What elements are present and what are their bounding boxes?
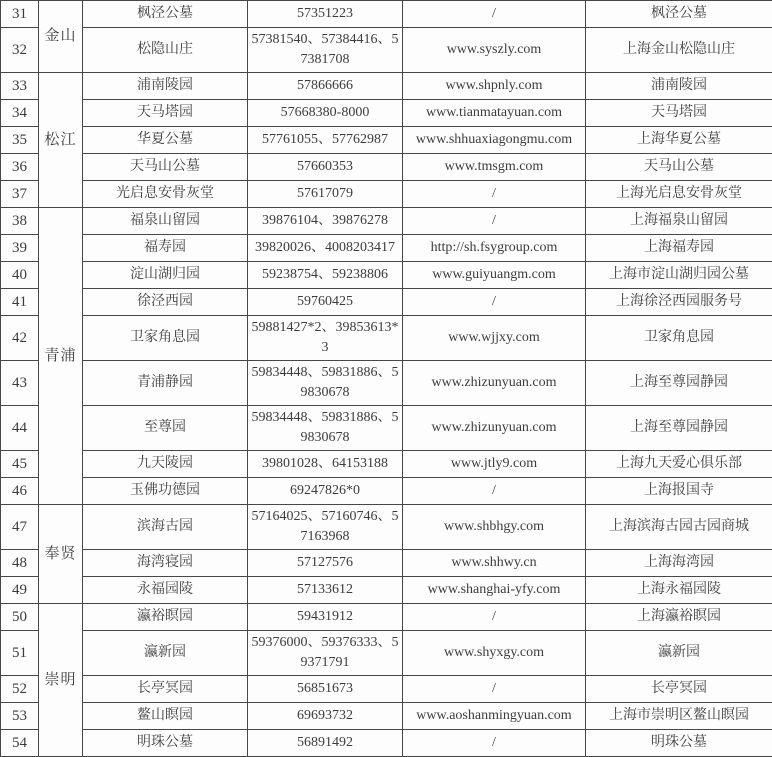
website-cell: www.zhizunyuan.com	[403, 361, 586, 406]
cemetery-contact-table: 31金山枫泾公墓57351223/枫泾公墓32松隐山庄57381540、5738…	[0, 0, 772, 757]
official-account-cell: 上海华夏公墓	[586, 127, 772, 154]
official-account-cell: 卫家角息园	[586, 316, 772, 361]
row-number-cell: 43	[1, 361, 39, 406]
website-cell: /	[403, 289, 586, 316]
official-account-cell: 明珠公墓	[586, 730, 772, 757]
website-cell: www.shhuaxiagongmu.com	[403, 127, 586, 154]
cemetery-name-cell: 长亭冥园	[83, 676, 248, 703]
official-account-cell: 上海滨海古园古园商城	[586, 505, 772, 550]
table-row: 42卫家角息园59881427*2、39853613*3www.wjjxy.co…	[1, 316, 772, 361]
cemetery-name-cell: 松隐山庄	[83, 28, 248, 73]
cemetery-name-cell: 鳌山瞑园	[83, 703, 248, 730]
table-row: 46玉佛功德园69247826*0/上海报国寺	[1, 478, 772, 505]
table-row: 48海湾寝园57127576www.shhwy.cn上海海湾园	[1, 550, 772, 577]
row-number-cell: 51	[1, 631, 39, 676]
phone-cell: 39801028、64153188	[248, 451, 403, 478]
website-cell: www.shyxgy.com	[403, 631, 586, 676]
row-number-cell: 49	[1, 577, 39, 604]
website-cell: www.guiyuangm.com	[403, 262, 586, 289]
phone-cell: 59760425	[248, 289, 403, 316]
table-row: 47奉贤滨海古园57164025、57160746、57163968www.sh…	[1, 505, 772, 550]
phone-cell: 57164025、57160746、57163968	[248, 505, 403, 550]
official-account-cell: 上海金山松隐山庄	[586, 28, 772, 73]
website-cell: /	[403, 478, 586, 505]
cemetery-name-cell: 浦南陵园	[83, 73, 248, 100]
cemetery-name-cell: 明珠公墓	[83, 730, 248, 757]
row-number-cell: 48	[1, 550, 39, 577]
row-number-cell: 37	[1, 181, 39, 208]
cemetery-name-cell: 卫家角息园	[83, 316, 248, 361]
website-cell: www.wjjxy.com	[403, 316, 586, 361]
cemetery-name-cell: 天马山公墓	[83, 154, 248, 181]
phone-cell: 69693732	[248, 703, 403, 730]
table-row: 52长亭冥园56851673/长亭冥园	[1, 676, 772, 703]
official-account-cell: 上海福寿园	[586, 235, 772, 262]
table-row: 39福寿园39820026、4008203417http://sh.fsygro…	[1, 235, 772, 262]
phone-cell: 57617079	[248, 181, 403, 208]
district-cell: 金山	[39, 1, 83, 73]
cemetery-name-cell: 永福园陵	[83, 577, 248, 604]
phone-cell: 56851673	[248, 676, 403, 703]
row-number-cell: 31	[1, 1, 39, 28]
website-cell: www.shhwy.cn	[403, 550, 586, 577]
website-cell: /	[403, 1, 586, 28]
phone-cell: 57660353	[248, 154, 403, 181]
official-account-cell: 上海至尊园静园	[586, 406, 772, 451]
website-cell: www.jtly9.com	[403, 451, 586, 478]
row-number-cell: 36	[1, 154, 39, 181]
cemetery-name-cell: 海湾寝园	[83, 550, 248, 577]
phone-cell: 57668380-8000	[248, 100, 403, 127]
district-cell: 青浦	[39, 208, 83, 505]
row-number-cell: 39	[1, 235, 39, 262]
table-body: 31金山枫泾公墓57351223/枫泾公墓32松隐山庄57381540、5738…	[1, 1, 772, 757]
row-number-cell: 54	[1, 730, 39, 757]
table-row: 34天马塔园57668380-8000www.tianmatayuan.com天…	[1, 100, 772, 127]
table-row: 35华夏公墓57761055、57762987www.shhuaxiagongm…	[1, 127, 772, 154]
row-number-cell: 41	[1, 289, 39, 316]
official-account-cell: 上海福泉山留园	[586, 208, 772, 235]
cemetery-name-cell: 九天陵园	[83, 451, 248, 478]
row-number-cell: 33	[1, 73, 39, 100]
district-cell: 崇明	[39, 604, 83, 757]
row-number-cell: 47	[1, 505, 39, 550]
cemetery-name-cell: 华夏公墓	[83, 127, 248, 154]
cemetery-name-cell: 淀山湖归园	[83, 262, 248, 289]
website-cell: www.zhizunyuan.com	[403, 406, 586, 451]
phone-cell: 59834448、59831886、59830678	[248, 406, 403, 451]
official-account-cell: 上海市淀山湖归园公墓	[586, 262, 772, 289]
phone-cell: 57127576	[248, 550, 403, 577]
cemetery-name-cell: 至尊园	[83, 406, 248, 451]
table-row: 37光启息安骨灰堂57617079/上海光启息安骨灰堂	[1, 181, 772, 208]
phone-cell: 59881427*2、39853613*3	[248, 316, 403, 361]
official-account-cell: 上海九天爱心俱乐部	[586, 451, 772, 478]
table-row: 41徐泾西园59760425/上海徐泾西园服务号	[1, 289, 772, 316]
cemetery-name-cell: 福泉山留园	[83, 208, 248, 235]
official-account-cell: 长亭冥园	[586, 676, 772, 703]
website-cell: /	[403, 181, 586, 208]
table-row: 50崇明瀛裕瞑园59431912/上海瀛裕瞑园	[1, 604, 772, 631]
table-row: 44至尊园59834448、59831886、59830678www.zhizu…	[1, 406, 772, 451]
official-account-cell: 枫泾公墓	[586, 1, 772, 28]
phone-cell: 57351223	[248, 1, 403, 28]
row-number-cell: 45	[1, 451, 39, 478]
row-number-cell: 34	[1, 100, 39, 127]
row-number-cell: 38	[1, 208, 39, 235]
district-cell: 奉贤	[39, 505, 83, 604]
official-account-cell: 瀛新园	[586, 631, 772, 676]
cemetery-name-cell: 福寿园	[83, 235, 248, 262]
phone-cell: 39820026、4008203417	[248, 235, 403, 262]
phone-cell: 69247826*0	[248, 478, 403, 505]
table-row: 54明珠公墓56891492/明珠公墓	[1, 730, 772, 757]
cemetery-name-cell: 天马塔园	[83, 100, 248, 127]
table-row: 45九天陵园39801028、64153188www.jtly9.com上海九天…	[1, 451, 772, 478]
phone-cell: 39876104、39876278	[248, 208, 403, 235]
official-account-cell: 上海海湾园	[586, 550, 772, 577]
website-cell: www.shpnly.com	[403, 73, 586, 100]
official-account-cell: 浦南陵园	[586, 73, 772, 100]
website-cell: /	[403, 208, 586, 235]
cemetery-name-cell: 瀛裕瞑园	[83, 604, 248, 631]
cemetery-name-cell: 青浦静园	[83, 361, 248, 406]
table-row: 53鳌山瞑园69693732www.aoshanmingyuan.com上海市崇…	[1, 703, 772, 730]
table-row: 32松隐山庄57381540、57384416、57381708www.sysz…	[1, 28, 772, 73]
official-account-cell: 天马山公墓	[586, 154, 772, 181]
cemetery-name-cell: 瀛新园	[83, 631, 248, 676]
official-account-cell: 上海至尊园静园	[586, 361, 772, 406]
website-cell: www.tianmatayuan.com	[403, 100, 586, 127]
table-row: 36天马山公墓57660353www.tmsgm.com天马山公墓	[1, 154, 772, 181]
table-row: 40淀山湖归园59238754、59238806www.guiyuangm.co…	[1, 262, 772, 289]
table-row: 31金山枫泾公墓57351223/枫泾公墓	[1, 1, 772, 28]
phone-cell: 59431912	[248, 604, 403, 631]
district-cell: 松江	[39, 73, 83, 208]
table-row: 43青浦静园59834448、59831886、59830678www.zhiz…	[1, 361, 772, 406]
website-cell: /	[403, 676, 586, 703]
cemetery-name-cell: 徐泾西园	[83, 289, 248, 316]
website-cell: http://sh.fsygroup.com	[403, 235, 586, 262]
phone-cell: 59834448、59831886、59830678	[248, 361, 403, 406]
website-cell: www.tmsgm.com	[403, 154, 586, 181]
row-number-cell: 46	[1, 478, 39, 505]
phone-cell: 59376000、59376333、59371791	[248, 631, 403, 676]
website-cell: www.shanghai-yfy.com	[403, 577, 586, 604]
cemetery-name-cell: 玉佛功德园	[83, 478, 248, 505]
official-account-cell: 上海徐泾西园服务号	[586, 289, 772, 316]
official-account-cell: 上海市崇明区鳌山瞑园	[586, 703, 772, 730]
website-cell: www.aoshanmingyuan.com	[403, 703, 586, 730]
phone-cell: 57761055、57762987	[248, 127, 403, 154]
row-number-cell: 42	[1, 316, 39, 361]
row-number-cell: 50	[1, 604, 39, 631]
row-number-cell: 52	[1, 676, 39, 703]
cemetery-name-cell: 枫泾公墓	[83, 1, 248, 28]
official-account-cell: 上海瀛裕瞑园	[586, 604, 772, 631]
official-account-cell: 上海永福园陵	[586, 577, 772, 604]
website-cell: www.syszly.com	[403, 28, 586, 73]
phone-cell: 57866666	[248, 73, 403, 100]
table-row: 49永福园陵57133612www.shanghai-yfy.com上海永福园陵	[1, 577, 772, 604]
row-number-cell: 32	[1, 28, 39, 73]
row-number-cell: 40	[1, 262, 39, 289]
table-row: 33松江浦南陵园57866666www.shpnly.com浦南陵园	[1, 73, 772, 100]
row-number-cell: 44	[1, 406, 39, 451]
row-number-cell: 35	[1, 127, 39, 154]
row-number-cell: 53	[1, 703, 39, 730]
website-cell: /	[403, 604, 586, 631]
official-account-cell: 上海光启息安骨灰堂	[586, 181, 772, 208]
phone-cell: 56891492	[248, 730, 403, 757]
phone-cell: 57133612	[248, 577, 403, 604]
table-row: 38青浦福泉山留园39876104、39876278/上海福泉山留园	[1, 208, 772, 235]
phone-cell: 59238754、59238806	[248, 262, 403, 289]
cemetery-name-cell: 光启息安骨灰堂	[83, 181, 248, 208]
website-cell: /	[403, 730, 586, 757]
table-row: 51瀛新园59376000、59376333、59371791www.shyxg…	[1, 631, 772, 676]
website-cell: www.shbhgy.com	[403, 505, 586, 550]
official-account-cell: 上海报国寺	[586, 478, 772, 505]
official-account-cell: 天马塔园	[586, 100, 772, 127]
phone-cell: 57381540、57384416、57381708	[248, 28, 403, 73]
cemetery-name-cell: 滨海古园	[83, 505, 248, 550]
